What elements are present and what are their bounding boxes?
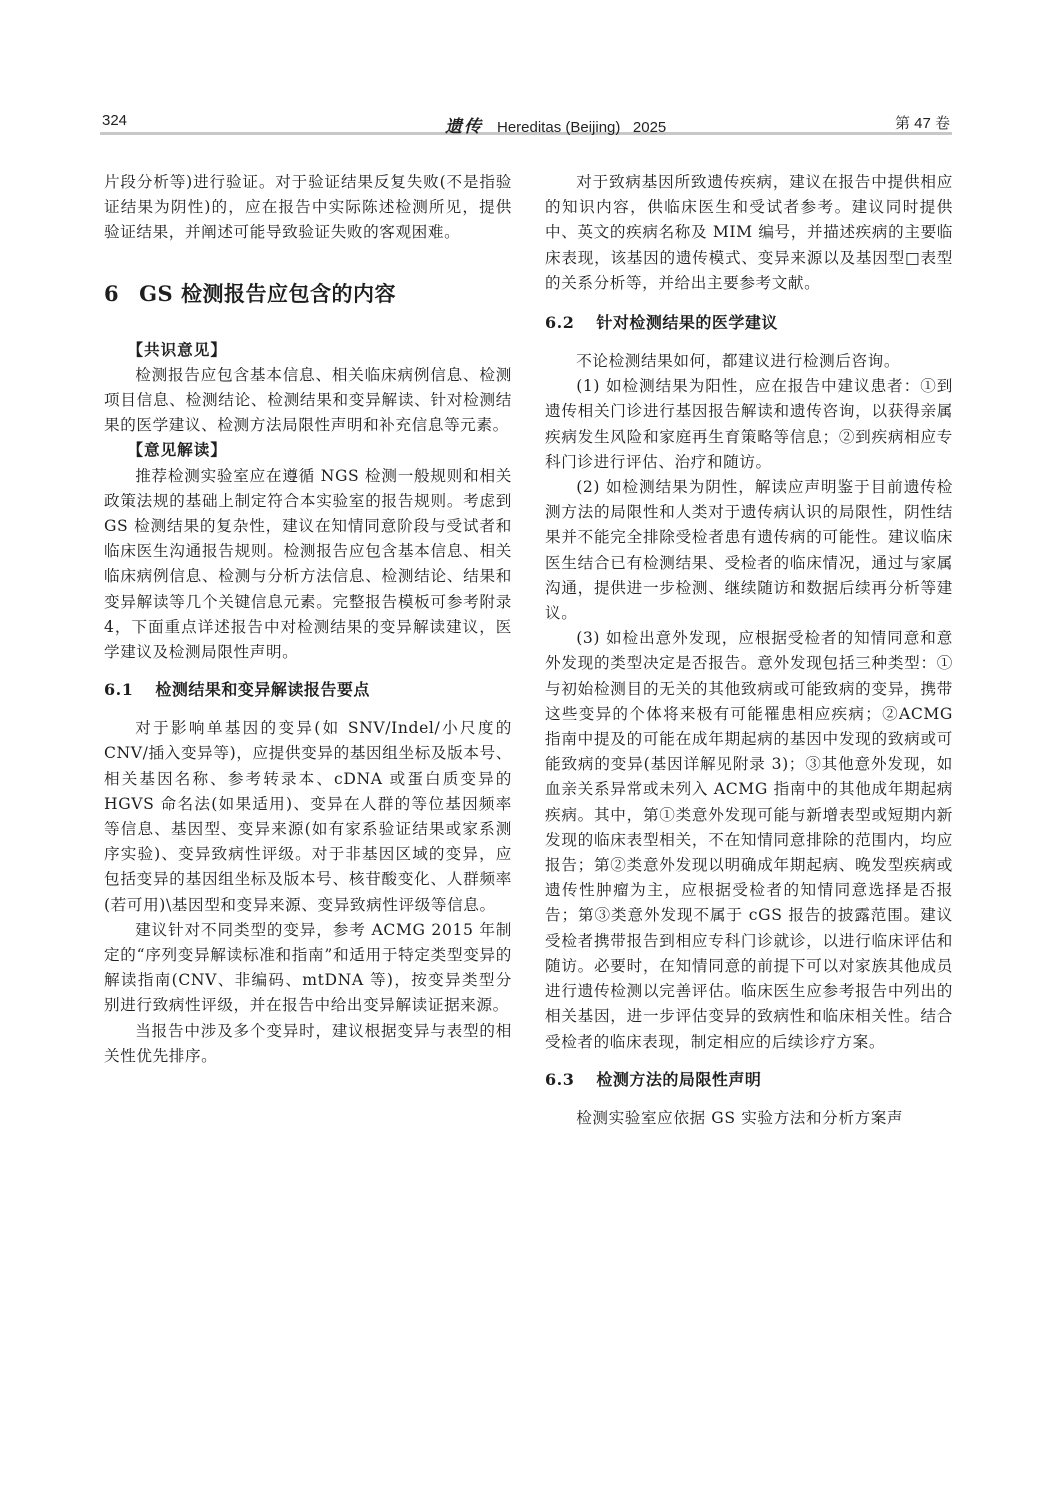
volume: 第 47 卷 xyxy=(895,112,950,133)
section-title: 针对检测结果的医学建议 xyxy=(596,313,778,332)
page-number: 324 xyxy=(102,112,127,129)
section-number: 6.2 xyxy=(545,313,574,332)
paragraph: 不论检测结果如何，都建议进行检测后咨询。 xyxy=(545,349,953,374)
paragraph-continuation: 片段分析等)进行验证。对于验证结果反复失败(不是指验证结果为阴性)的，应在报告中… xyxy=(104,170,512,246)
section-number: 6 xyxy=(104,281,119,306)
journal-title: 遗传Hereditas (Beijing) 2025 xyxy=(445,112,666,137)
paragraph: 检测实验室应依据 GS 实验方法和分析方案声 xyxy=(545,1106,953,1131)
section-6-heading: 6GS 检测报告应包含的内容 xyxy=(104,278,512,308)
right-column: 对于致病基因所致遗传疾病，建议在报告中提供相应的知识内容，供临床医生和受试者参考… xyxy=(545,170,953,1131)
interpretation-paragraph: 推荐检测实验室应在遵循 NGS 检测一般规则和相关政策法规的基础上制定符合本实验… xyxy=(104,464,512,666)
consensus-paragraph: 检测报告应包含基本信息、相关临床病例信息、检测项目信息、检测结论、检测结果和变异… xyxy=(104,363,512,439)
section-title: GS 检测报告应包含的内容 xyxy=(139,281,396,306)
paragraph: 建议针对不同类型的变异，参考 ACMG 2015 年制定的“序列变异解读标准和指… xyxy=(104,918,512,1019)
section-title: 检测方法的局限性声明 xyxy=(596,1070,761,1089)
journal-logo: 遗传 xyxy=(445,117,483,137)
paragraph: 对于致病基因所致遗传疾病，建议在报告中提供相应的知识内容，供临床医生和受试者参考… xyxy=(545,170,953,296)
section-title: 检测结果和变异解读报告要点 xyxy=(155,680,370,699)
left-column: 片段分析等)进行验证。对于验证结果反复失败(不是指验证结果为阴性)的，应在报告中… xyxy=(104,170,512,1069)
section-number: 6.1 xyxy=(104,680,133,699)
paragraph: 对于影响单基因的变异(如 SNV/Indel/小尺度的CNV/插入变异等)，应提… xyxy=(104,716,512,918)
consensus-label: 【共识意见】 xyxy=(104,338,512,363)
paragraph: 当报告中涉及多个变异时，建议根据变异与表型的相关性优先排序。 xyxy=(104,1019,512,1069)
interpretation-label: 【意见解读】 xyxy=(104,438,512,463)
section-6-1-heading: 6.1检测结果和变异解读报告要点 xyxy=(104,677,512,700)
section-number: 6.3 xyxy=(545,1070,574,1089)
section-6-3-heading: 6.3检测方法的局限性声明 xyxy=(545,1067,953,1090)
paragraph: (1) 如检测结果为阳性，应在报告中建议患者：①到遗传相关门诊进行基因报告解读和… xyxy=(545,374,953,475)
journal-year: 2025 xyxy=(633,119,666,136)
running-header: 324 遗传Hereditas (Beijing) 2025 第 47 卷 xyxy=(100,108,952,135)
section-6-2-heading: 6.2针对检测结果的医学建议 xyxy=(545,310,953,333)
paragraph: (3) 如检出意外发现，应根据受检者的知情同意和意外发现的类型决定是否报告。意外… xyxy=(545,626,953,1054)
journal-name: Hereditas (Beijing) xyxy=(497,119,620,136)
paragraph: (2) 如检测结果为阴性，解读应声明鉴于目前遗传检测方法的局限性和人类对于遗传病… xyxy=(545,475,953,626)
